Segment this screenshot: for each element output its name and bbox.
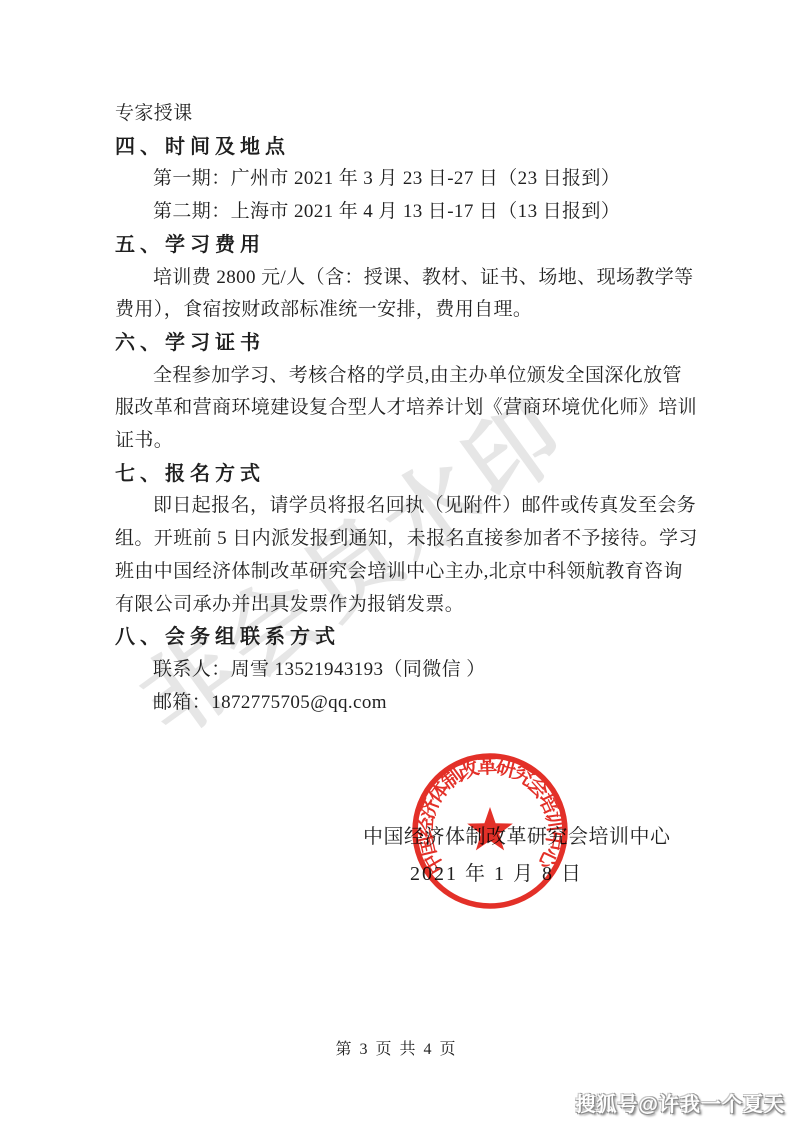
section-heading: 八、会务组联系方式 [115,621,680,654]
doc-line: 即日起报名，请学员将报名回执（见附件）邮件或传真发至会务 [115,490,680,523]
official-seal-stamp: 中国经济体制改革研究会培训中心 [405,746,575,916]
sohu-watermark: 搜狐号@许我一个夏天 [575,1088,785,1117]
doc-line: 组。开班前 5 日内派发报到通知，未报名直接参加者不予接待。学习 [115,523,680,556]
document-page: 非会员水印 专家授课四、时间及地点第一期：广州市 2021 年 3 月 23 日… [0,0,793,1122]
section-heading: 五、学习费用 [115,229,680,262]
doc-line: 第一期：广州市 2021 年 3 月 23 日-27 日（23 日报到） [115,163,680,196]
doc-line: 专家授课 [115,98,680,131]
doc-line: 第二期：上海市 2021 年 4 月 13 日-17 日（13 日报到） [115,196,680,229]
doc-line: 培训费 2800 元/人（含：授课、教材、证书、场地、现场教学等 [115,262,680,295]
doc-line: 邮箱：1872775705@qq.com [115,687,680,720]
section-heading: 七、报名方式 [115,458,680,491]
doc-line: 证书。 [115,425,680,458]
document-body: 专家授课四、时间及地点第一期：广州市 2021 年 3 月 23 日-27 日（… [115,98,680,719]
doc-line: 费用），食宿按财政部标准统一安排，费用自理。 [115,294,680,327]
doc-line: 班由中国经济体制改革研究会培训中心主办,北京中科领航教育咨询 [115,556,680,589]
doc-line: 全程参加学习、考核合格的学员,由主办单位颁发全国深化放管 [115,360,680,393]
doc-line: 服改革和营商环境建设复合型人才培养计划《营商环境优化师》培训 [115,392,680,425]
section-heading: 四、时间及地点 [115,131,680,164]
star-icon [467,807,513,850]
doc-line: 有限公司承办并出具发票作为报销发票。 [115,589,680,622]
doc-line: 联系人：周雪 13521943193（同微信 ） [115,654,680,687]
page-number: 第 3 页 共 4 页 [0,1036,793,1059]
section-heading: 六、学习证书 [115,327,680,360]
